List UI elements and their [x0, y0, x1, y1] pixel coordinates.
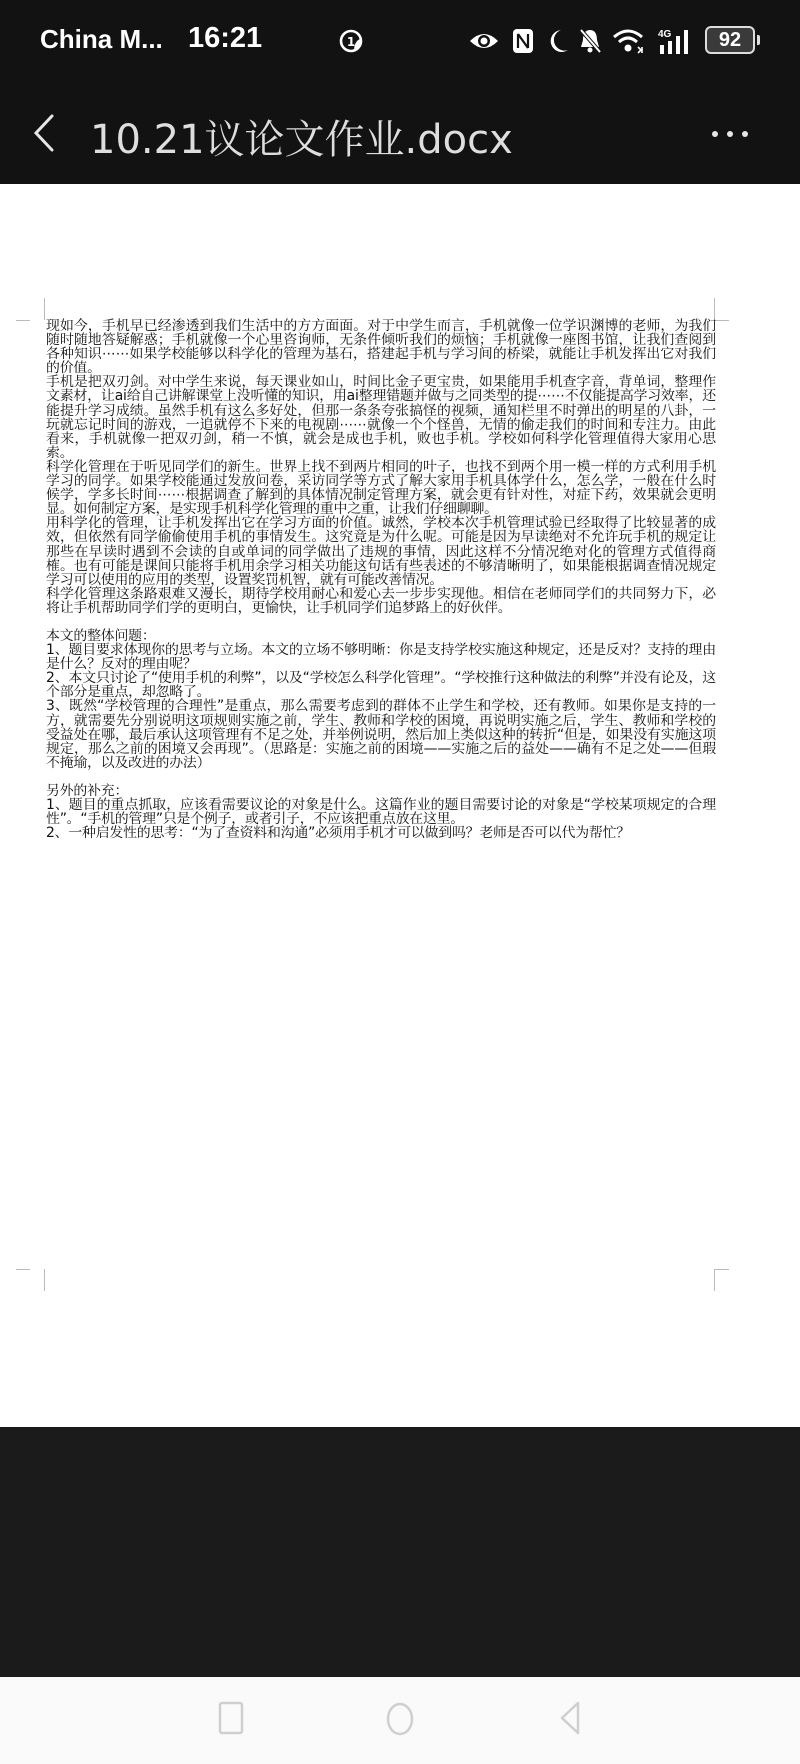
home-circle-icon: [380, 1699, 420, 1739]
feedback-item: 1、题目的重点抓取，应该看需要议论的对象是什么。这篇作业的题目需要讨论的对象是“…: [46, 798, 716, 826]
svg-text:1: 1: [347, 35, 355, 49]
document-title: 10.21议论文作业.docx: [90, 108, 513, 165]
svg-text:4G: 4G: [658, 29, 672, 40]
status-time: 16:21: [188, 22, 262, 55]
feedback-item: 1、题目要求体现你的思考与立场。本文的立场不够明晰：你是支持学校实施这种规定，还…: [46, 643, 716, 671]
page-margin-mark-top-left: [30, 298, 45, 320]
page-margin-mark-bottom-left: [30, 1269, 45, 1291]
more-options-button[interactable]: [712, 124, 762, 144]
section-heading: 本文的整体问题：: [46, 629, 716, 643]
do-not-disturb-moon-icon: [547, 26, 569, 56]
paragraph: 用科学化的管理，让手机发挥出它在学习方面的价值。诚然，学校本次手机管理试验已经取…: [46, 516, 716, 586]
battery-level: 92: [719, 29, 741, 52]
chevron-left-icon: [28, 108, 68, 158]
recents-square-icon: [212, 1699, 252, 1739]
more-horizontal-icon: [727, 131, 733, 137]
viewer-background: [0, 1427, 800, 1677]
system-nav-bar: [0, 1677, 800, 1764]
4g-signal-icon: 4G: [658, 26, 696, 56]
back-triangle-icon: [548, 1699, 588, 1739]
feedback-item: 3、既然“学校管理的合理性”是重点，那么需要考虑到的群体不止学生和学校，还有教师…: [46, 699, 716, 769]
page-margin-mark-bottom-right: [714, 1269, 729, 1291]
more-horizontal-icon: [742, 131, 748, 137]
battery-tip: [757, 35, 760, 45]
back-button[interactable]: [28, 108, 68, 158]
feedback-item: 2、一种启发性的思考：“为了查资料和沟通”必须用手机才可以做到吗？老师是否可以代…: [46, 826, 716, 840]
page-margin-mark-top-right: [714, 298, 729, 320]
blank-line: [46, 615, 716, 629]
document-body: 现如今，手机早已经渗透到我们生活中的方方面面。对于中学生而言，手机就像一位学识渊…: [46, 319, 716, 840]
blank-line: [46, 770, 716, 784]
mute-bell-icon: [578, 26, 602, 56]
battery-indicator: 92: [705, 26, 755, 54]
feedback-item: 2、本文只讨论了“使用手机的利弊”，以及“学校怎么科学化管理”。“学校推行这种做…: [46, 671, 716, 699]
app-bar: 10.21议论文作业.docx: [0, 84, 800, 184]
paragraph: 现如今，手机早已经渗透到我们生活中的方方面面。对于中学生而言，手机就像一位学识渊…: [46, 319, 716, 375]
eye-comfort-icon: [468, 26, 500, 56]
system-back-button[interactable]: [548, 1699, 588, 1739]
home-button[interactable]: [380, 1699, 420, 1739]
nfc-icon: [512, 26, 534, 56]
paragraph: 科学化管理这条路艰难又漫长，期待学校用耐心和爱心去一步步实现他。相信在老师同学们…: [46, 587, 716, 615]
paragraph: 手机是把双刃剑。对中学生来说，每天课业如山，时间比金子更宝贵，如果能用手机查字音…: [46, 375, 716, 460]
more-horizontal-icon: [712, 131, 718, 137]
paragraph: 科学化管理在于听见同学们的新生。世界上找不到两片相同的叶子，也找不到两个用一模一…: [46, 460, 716, 516]
carrier-name: China M...: [40, 24, 163, 55]
status-bar: China M... 16:21 1 4G 92: [0, 0, 800, 84]
recents-button[interactable]: [212, 1699, 252, 1739]
eco-leaf-icon: 1: [337, 26, 365, 56]
wifi-icon: [612, 26, 646, 56]
document-page[interactable]: 现如今，手机早已经渗透到我们生活中的方方面面。对于中学生而言，手机就像一位学识渊…: [0, 184, 800, 1427]
section-heading: 另外的补充：: [46, 784, 716, 798]
